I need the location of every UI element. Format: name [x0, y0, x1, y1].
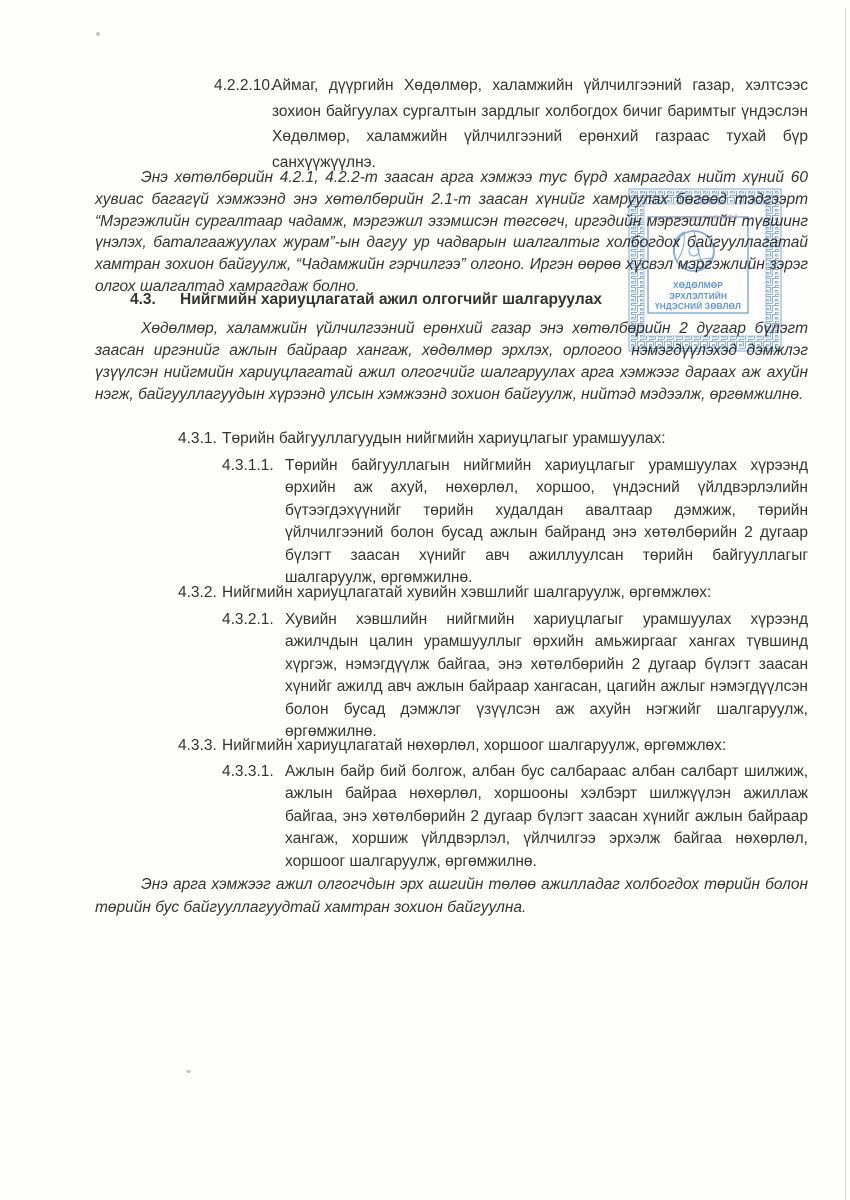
clause-number: 4.3.3.1.	[222, 761, 285, 873]
official-stamp: УЛААНБААТАР ХОТ ХӨДӨЛМӨР ЭРХЛЭЛТИЙН ҮНДЭ…	[628, 188, 782, 352]
clause-4-2-2-10: 4.2.2.10. Аймаг, дүүргийн Хөдөлмөр, хала…	[214, 73, 808, 175]
scan-speck	[96, 32, 100, 36]
clause-text: Төрийн байгууллагуудын нийгмийн хариуцла…	[222, 429, 808, 449]
clause-4-3-3: 4.3.3. Нийгмийн хариуцлагатай нөхөрлөл, …	[178, 736, 808, 756]
clause-4-3-1: 4.3.1. Төрийн байгууллагуудын нийгмийн х…	[178, 429, 808, 449]
clause-number: 4.3.2.	[178, 583, 222, 603]
clause-text: Нийгмийн хариуцлагатай хувийн хэвшлийг ш…	[222, 583, 808, 603]
clause-text: Төрийн байгууллагын нийгмийн хариуцлагыг…	[285, 455, 808, 589]
stamp-org-line1: ХӨДӨЛМӨР ЭРХЛЭЛТИЙН	[648, 281, 748, 302]
clause-4-3-2-1: 4.3.2.1. Хувийн хэвшлийн нийгмийн хариуц…	[222, 609, 808, 743]
stamp-org-line2: ҮНДЭСНИЙ ЗӨВЛӨЛ	[648, 302, 748, 313]
scan-speck	[186, 1070, 191, 1073]
clause-number: 4.3.1.1.	[222, 455, 285, 589]
scan-edge-line	[845, 8, 846, 1200]
clause-number: 4.2.2.10.	[214, 73, 272, 175]
clause-text: Хувийн хэвшлийн нийгмийн хариуцлагыг ура…	[285, 609, 808, 743]
clause-4-3-2: 4.3.2. Нийгмийн хариуцлагатай хувийн хэв…	[178, 583, 808, 603]
clause-number: 4.3.2.1.	[222, 609, 285, 743]
scanned-document-page: 4.2.2.10. Аймаг, дүүргийн Хөдөлмөр, хала…	[0, 0, 850, 1200]
clause-text: Ажлын байр бий болгож, албан бус салбара…	[285, 761, 808, 873]
clause-number: 4.3.1.	[178, 429, 222, 449]
clause-4-3-3-1: 4.3.3.1. Ажлын байр бий болгож, албан бу…	[222, 761, 808, 873]
paragraph-closing: Энэ арга хэмжээг ажил олгогчдын эрх ашги…	[95, 874, 808, 919]
clause-text: Аймаг, дүүргийн Хөдөлмөр, халамжийн үйлч…	[272, 73, 808, 175]
clause-number: 4.3.3.	[178, 736, 222, 756]
stamp-emblem-icon	[673, 231, 714, 271]
clause-text: Нийгмийн хариуцлагатай нөхөрлөл, хоршоог…	[222, 736, 808, 756]
clause-4-3-1-1: 4.3.1.1. Төрийн байгууллагын нийгмийн ха…	[222, 455, 808, 589]
stamp-organization-name: ХӨДӨЛМӨР ЭРХЛЭЛТИЙН ҮНДЭСНИЙ ЗӨВЛӨЛ	[648, 281, 748, 313]
heading-number: 4.3.	[130, 290, 180, 310]
